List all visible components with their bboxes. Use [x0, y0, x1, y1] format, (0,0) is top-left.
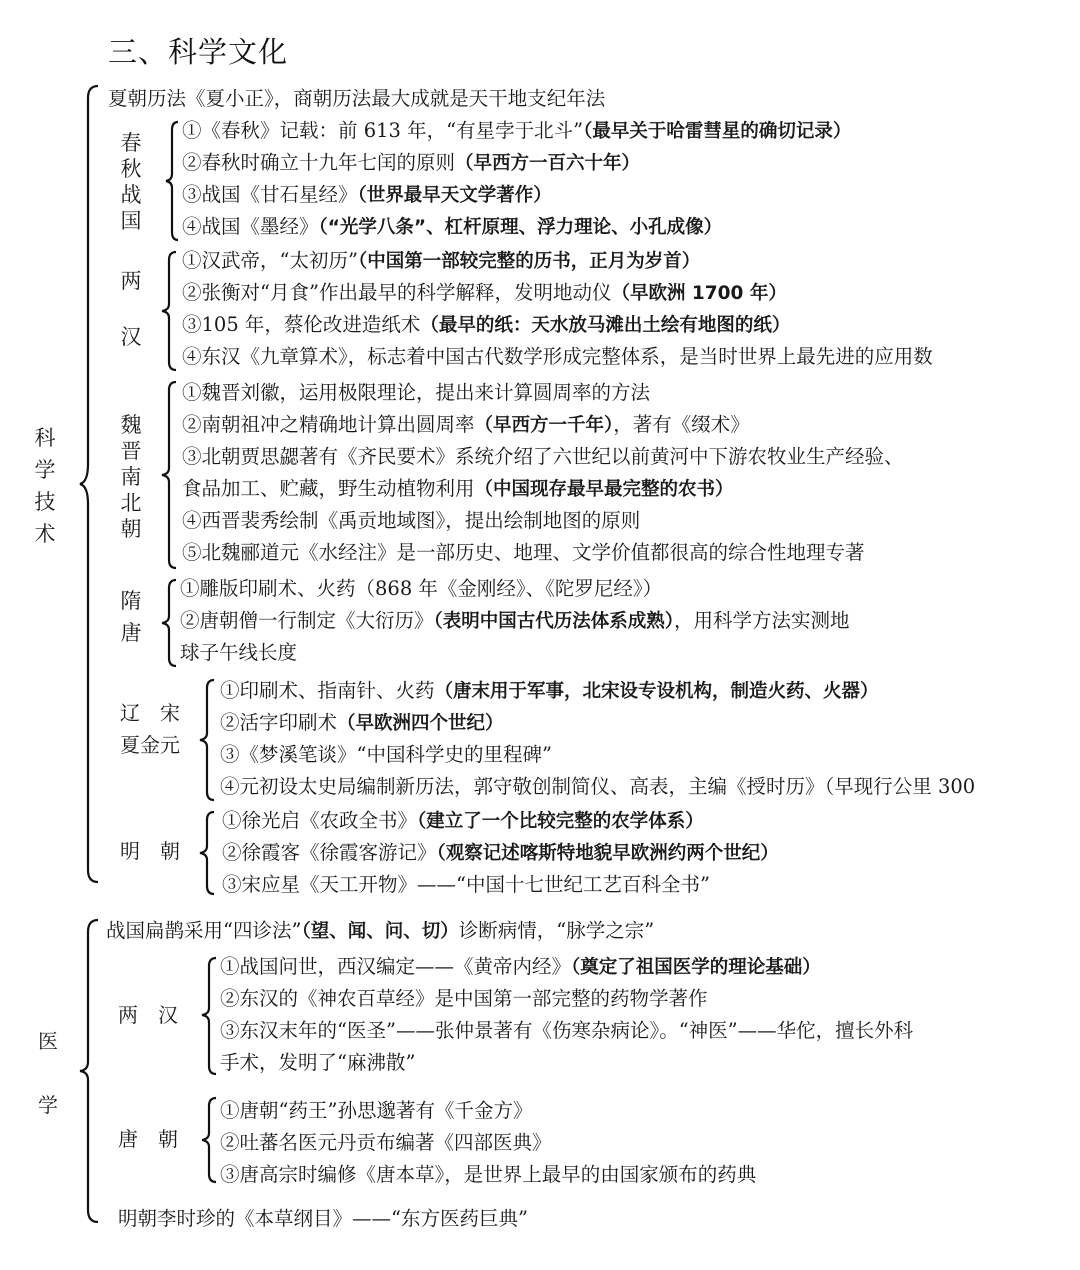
item-text: ①《春秋》记载：前 613 年，“有星孛于北斗” — [182, 119, 583, 142]
label-char: 汉 — [118, 324, 144, 350]
med-brace-lianghan — [200, 956, 220, 1076]
item-text: ①魏晋刘徽，运用极限理论，提出来计算圆周率的方法 — [182, 381, 650, 404]
medicine-label-1: 医 — [38, 1026, 58, 1056]
item-text: ①雕版印刷术、火药（868 年《金刚经》、《陀罗尼经》） — [180, 577, 662, 600]
med-group-label-lianghan: 两 汉 — [118, 1000, 178, 1030]
list-item: ①唐朝“药王”孙思邈著有《千金方》 — [220, 1096, 532, 1126]
brace-weijin — [160, 380, 180, 570]
science-intro: 夏朝历法《夏小正》，商朝历法最大成就是天干地支纪年法 — [108, 84, 605, 114]
item-highlight: （望、闻、问、切） — [301, 921, 458, 942]
medicine-outro: 明朝李时珍的《本草纲目》——“东方医药巨典” — [118, 1204, 528, 1234]
item-highlight: （早西方一千年） — [475, 415, 614, 436]
group-label-weijin: 魏 晋 南 北 朝 — [118, 412, 144, 542]
item-text: ，著有《缀术》 — [613, 413, 750, 436]
label-line: 夏金元 — [120, 730, 180, 760]
list-item: ②南朝祖冲之精确地计算出圆周率（早西方一千年），著有《缀术》 — [182, 410, 750, 441]
item-text: ，用科学方法实测地 — [674, 609, 850, 632]
list-item: ①印刷术、指南针、火药（唐末用于军事，北宋设专设机构，制造火药、火器） — [220, 676, 879, 707]
item-highlight: （奠定了祖国医学的理论基础） — [571, 957, 821, 978]
item-highlight: （观察记述喀斯特地貌早欧洲约两个世纪） — [437, 843, 779, 864]
label-char: 唐 — [118, 620, 144, 646]
item-highlight: （最早关于哈雷彗星的确切记录） — [583, 121, 851, 142]
list-item: ②唐朝僧一行制定《大衍历》（表明中国古代历法体系成熟），用科学方法实测地 — [180, 606, 850, 637]
list-item: ③北朝贾思勰著有《齐民要术》系统介绍了六世纪以前黄河中下游农牧业生产经验、 — [182, 442, 904, 472]
label-char: 学 — [32, 457, 58, 483]
brace-lianghan — [160, 250, 180, 372]
item-text: ③宋应星《天工开物》——“中国十七世纪工艺百科全书” — [222, 873, 710, 896]
item-text: ④东汉《九章算术》，标志着中国古代数学形成完整体系，是当时世界上最先进的应用数 — [182, 345, 933, 368]
list-item: 球子午线长度 — [180, 638, 297, 668]
label-char: 晋 — [118, 438, 144, 464]
list-item: ②张衡对“月食”作出最早的科学解释，发明地动仪（早欧洲 1700 年） — [182, 278, 787, 309]
list-item: ③宋应星《天工开物》——“中国十七世纪工艺百科全书” — [222, 870, 710, 900]
item-text: ⑤北魏郦道元《水经注》是一部历史、地理、文学价值都很高的综合性地理专著 — [182, 541, 865, 564]
item-text: ②吐蕃名医元丹贡布编著《四部医典》 — [220, 1131, 552, 1154]
list-item: ②活字印刷术（早欧洲四个世纪） — [220, 708, 504, 739]
label-char: 国 — [118, 208, 144, 234]
brace-suitang — [160, 578, 180, 668]
label-char: 技 — [32, 489, 58, 515]
group-label-chunqiu: 春 秋 战 国 — [118, 130, 144, 234]
brace-ming — [198, 810, 218, 896]
item-text: ①唐朝“药王”孙思邈著有《千金方》 — [220, 1099, 532, 1122]
label-char: 秋 — [118, 156, 144, 182]
label-char: 科 — [32, 425, 58, 451]
group-label-ming: 明 朝 — [120, 836, 180, 866]
item-text: ②徐霞客《徐霞客游记》 — [222, 841, 437, 864]
medicine-brace — [78, 918, 102, 1224]
item-text: ④战国《墨经》 — [182, 215, 319, 238]
item-highlight: （世界最早天文学著作） — [358, 185, 552, 206]
label-char: 朝 — [118, 516, 144, 542]
brace-liaosong — [198, 678, 218, 802]
list-item: ①汉武帝，“太初历”（中国第一部较完整的历书，正月为岁首） — [182, 246, 700, 277]
item-text: 战国扁鹊采用“四诊法” — [106, 919, 301, 942]
item-text: 食品加工、贮藏，野生动植物利用 — [182, 477, 475, 500]
list-item: ②徐霞客《徐霞客游记》（观察记述喀斯特地貌早欧洲约两个世纪） — [222, 838, 779, 869]
item-highlight: （早西方一百六十年） — [455, 153, 640, 174]
item-text: ①印刷术、指南针、火药 — [220, 679, 435, 702]
item-text: 球子午线长度 — [180, 641, 297, 664]
item-text: ③战国《甘石星经》 — [182, 183, 358, 206]
item-text: 诊断病情，“脉学之宗” — [459, 919, 654, 942]
item-text: ②春秋时确立十九年七闰的原则 — [182, 151, 455, 174]
science-brace — [78, 84, 102, 884]
label-line: 辽 宋 — [120, 698, 180, 728]
list-item: ①徐光启《农政全书》（建立了一个比较完整的农学体系） — [222, 806, 704, 837]
list-item: ①战国问世，西汉编定——《黄帝内经》（奠定了祖国医学的理论基础） — [220, 952, 821, 983]
label-char: 北 — [118, 490, 144, 516]
item-text: ②唐朝僧一行制定《大衍历》 — [180, 609, 434, 632]
list-item: ③105 年，蔡伦改进造纸术（最早的纸：天水放马滩出土绘有地图的纸） — [182, 310, 790, 341]
label-char: 南 — [118, 464, 144, 490]
medicine-intro: 战国扁鹊采用“四诊法”（望、闻、问、切）诊断病情，“脉学之宗” — [106, 916, 654, 947]
label-char: 两 — [118, 268, 144, 294]
list-item: ②东汉的《神农百草经》是中国第一部完整的药物学著作 — [220, 984, 708, 1014]
item-text: ②东汉的《神农百草经》是中国第一部完整的药物学著作 — [220, 987, 708, 1010]
label-char: 春 — [118, 130, 144, 156]
label-char: 术 — [32, 521, 58, 547]
science-label: 科 学 技 术 — [32, 425, 58, 547]
item-highlight: （早欧洲四个世纪） — [337, 713, 504, 734]
list-item: ⑤北魏郦道元《水经注》是一部历史、地理、文学价值都很高的综合性地理专著 — [182, 538, 865, 568]
item-text: ③105 年，蔡伦改进造纸术 — [182, 313, 420, 336]
list-item: ①《春秋》记载：前 613 年，“有星孛于北斗”（最早关于哈雷彗星的确切记录） — [182, 116, 851, 147]
item-text: ③《梦溪笔谈》“中国科学史的里程碑” — [220, 743, 552, 766]
item-text: ②张衡对“月食”作出最早的科学解释，发明地动仪 — [182, 281, 611, 304]
medicine-label-2: 学 — [38, 1090, 58, 1120]
item-text: ②南朝祖冲之精确地计算出圆周率 — [182, 413, 475, 436]
item-highlight: （唐末用于军事，北宋设专设机构，制造火药、火器） — [435, 681, 879, 702]
brace-chunqiu — [164, 120, 180, 242]
item-text: ④西晋裴秀绘制《禹贡地域图》，提出绘制地图的原则 — [182, 509, 640, 532]
page-title: 三、科学文化 — [108, 30, 288, 71]
item-highlight: （最早的纸：天水放马滩出土绘有地图的纸） — [420, 315, 790, 336]
med-brace-tang — [200, 1096, 220, 1184]
item-highlight: （表明中国古代历法体系成熟） — [434, 611, 675, 632]
list-item: ①雕版印刷术、火药（868 年《金刚经》、《陀罗尼经》） — [180, 574, 662, 604]
list-item: ②春秋时确立十九年七闰的原则（早西方一百六十年） — [182, 148, 640, 179]
list-item: ④元初设太史局编制新历法，郭守敬创制简仪、高表，主编《授时历》（早现行公里 30… — [220, 772, 975, 802]
list-item: ③《梦溪笔谈》“中国科学史的里程碑” — [220, 740, 552, 770]
list-item: ④东汉《九章算术》，标志着中国古代数学形成完整体系，是当时世界上最先进的应用数 — [182, 342, 933, 372]
item-highlight: （中国现存最早最完整的农书） — [475, 479, 734, 500]
item-text: ④元初设太史局编制新历法，郭守敬创制简仪、高表，主编《授时历》（早现行公里 30… — [220, 775, 975, 798]
item-text: ③唐高宗时编修《唐本草》，是世界上最早的由国家颁布的药典 — [220, 1163, 756, 1186]
item-highlight: （“光学八条”、杠杆原理、浮力理论、小孔成像） — [319, 217, 723, 238]
list-item: 手术，发明了“麻沸散” — [220, 1048, 415, 1078]
item-text: ①战国问世，西汉编定——《黄帝内经》 — [220, 955, 571, 978]
item-highlight: （建立了一个比较完整的农学体系） — [417, 811, 704, 832]
med-group-label-tang: 唐 朝 — [118, 1124, 178, 1154]
item-text: ③北朝贾思勰著有《齐民要术》系统介绍了六世纪以前黄河中下游农牧业生产经验、 — [182, 445, 904, 468]
item-text: ②活字印刷术 — [220, 711, 337, 734]
label-char: 隋 — [118, 588, 144, 614]
label-char: 战 — [118, 182, 144, 208]
list-item: ④战国《墨经》（“光学八条”、杠杆原理、浮力理论、小孔成像） — [182, 212, 722, 243]
group-label-suitang: 隋 唐 — [118, 588, 144, 646]
list-item: ②吐蕃名医元丹贡布编著《四部医典》 — [220, 1128, 552, 1158]
label-char: 魏 — [118, 412, 144, 438]
list-item: ④西晋裴秀绘制《禹贡地域图》，提出绘制地图的原则 — [182, 506, 640, 536]
item-text: 手术，发明了“麻沸散” — [220, 1051, 415, 1074]
item-text: ③东汉末年的“医圣”——张仲景著有《伤寒杂病论》。“神医”——华佗，擅长外科 — [220, 1019, 913, 1042]
item-text: ①徐光启《农政全书》 — [222, 809, 417, 832]
list-item: ③唐高宗时编修《唐本草》，是世界上最早的由国家颁布的药典 — [220, 1160, 756, 1190]
item-highlight: （中国第一部较完整的历书，正月为岁首） — [358, 251, 700, 272]
list-item: ③战国《甘石星经》（世界最早天文学著作） — [182, 180, 552, 211]
list-item: 食品加工、贮藏，野生动植物利用（中国现存最早最完整的农书） — [182, 474, 734, 505]
list-item: ③东汉末年的“医圣”——张仲景著有《伤寒杂病论》。“神医”——华佗，擅长外科 — [220, 1016, 913, 1046]
group-label-lianghan: 两 汉 — [118, 268, 144, 350]
list-item: ①魏晋刘徽，运用极限理论，提出来计算圆周率的方法 — [182, 378, 650, 408]
item-text: ①汉武帝，“太初历” — [182, 249, 358, 272]
item-highlight: （早欧洲 1700 年） — [611, 283, 786, 304]
